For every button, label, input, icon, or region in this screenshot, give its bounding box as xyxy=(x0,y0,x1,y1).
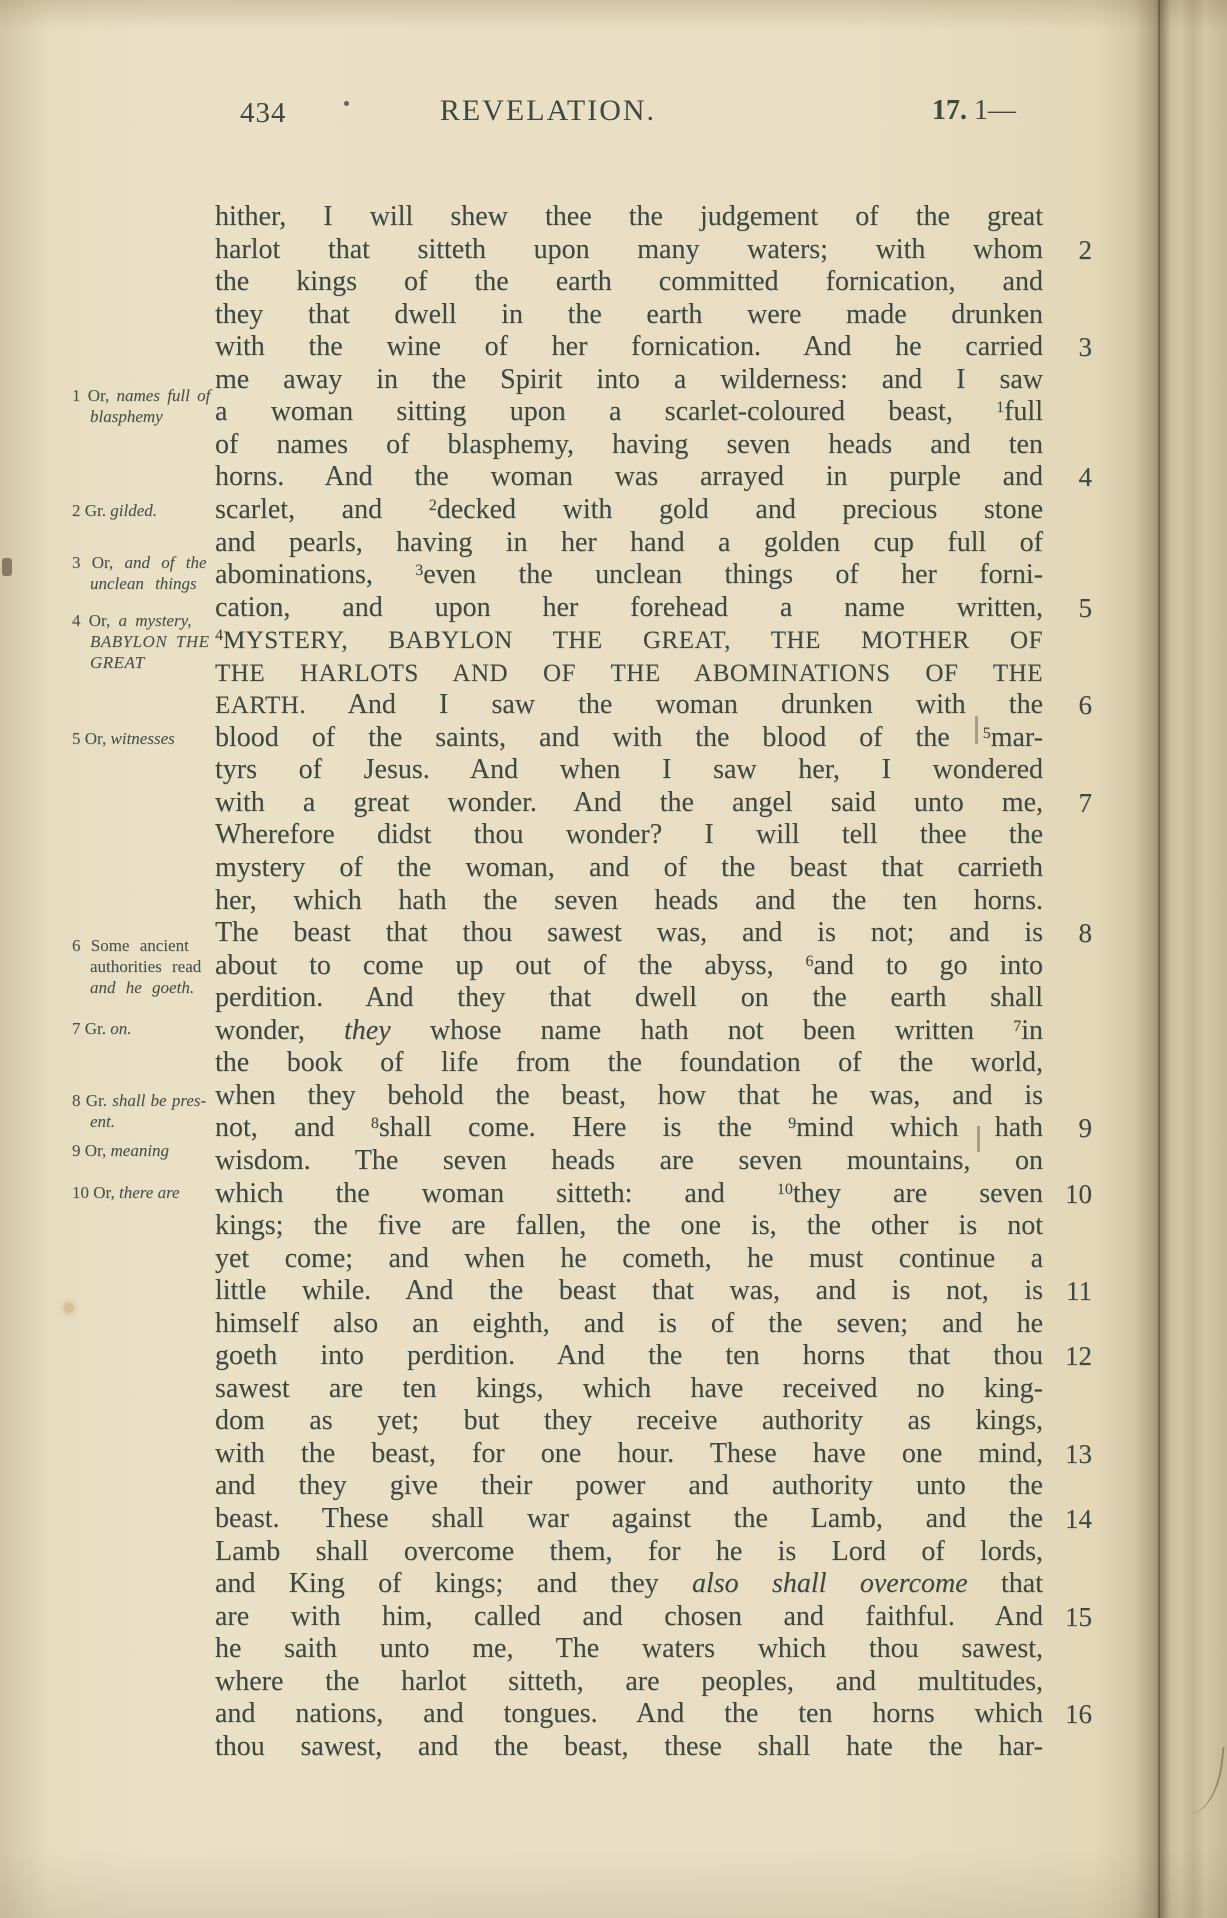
text-line: about to come up out of the abyss, 6and … xyxy=(215,950,1043,983)
verse-number: 6 xyxy=(1044,689,1092,721)
text-line: hither, I will shew thee the judgement o… xyxy=(215,201,1043,234)
scan-artifact-mark xyxy=(977,1126,980,1152)
text-line: with the wine of her fornication. And he… xyxy=(215,331,1043,364)
text-line: the kings of the earth committed fornica… xyxy=(215,266,1043,299)
text-line: and nations, and tongues. And the ten ho… xyxy=(215,1698,1043,1731)
chapter-verse-reference: 17. 1— xyxy=(932,95,1016,127)
verse-number: 14 xyxy=(1044,1503,1092,1535)
text-line: a woman sitting upon a scarlet-coloured … xyxy=(215,396,1043,429)
verse-number: 4 xyxy=(1044,461,1092,493)
verse-range: 1— xyxy=(967,95,1016,126)
note-reference-superscript: 1 xyxy=(996,399,1004,416)
text-line: horns. And the woman was arrayed in purp… xyxy=(215,461,1043,494)
margin-note: 5 Or, witnesses xyxy=(72,728,242,749)
text-line: me away in the Spirit into a wilderness:… xyxy=(215,364,1043,397)
text-line: THE HARLOTS AND OF THE ABOMINATIONS OF T… xyxy=(215,657,1043,690)
page-curl-line xyxy=(1181,1743,1224,1816)
note-reference-superscript: 9 xyxy=(788,1115,796,1132)
verse-number: 13 xyxy=(1044,1438,1092,1470)
note-reference-superscript: 8 xyxy=(371,1115,379,1132)
text-line: beast. These shall war against the Lamb,… xyxy=(215,1503,1043,1536)
verse-number: 2 xyxy=(1044,234,1092,266)
text-line: Wherefore didst thou wonder? I will tell… xyxy=(215,819,1043,852)
text-line: her, which hath the seven heads and the … xyxy=(215,885,1043,918)
page-fold-line xyxy=(1158,0,1160,1918)
margin-note: 9 Or, meaning xyxy=(72,1140,242,1161)
note-reference-superscript: 2 xyxy=(429,497,437,514)
note-reference-superscript: 10 xyxy=(777,1181,793,1198)
text-line: not, and 8shall come. Here is the 9mind … xyxy=(215,1112,1043,1145)
scan-artifact-mark xyxy=(975,716,978,744)
text-line: cation, and upon her forehead a name wri… xyxy=(215,592,1043,625)
text-line: and King of kings; and they also shall o… xyxy=(215,1568,1043,1601)
margin-note: 1 Or, names full ofblasphemy xyxy=(72,385,242,427)
margin-note: 3 Or, and of theunclean things xyxy=(72,552,242,594)
text-line: wisdom. The seven heads are seven mounta… xyxy=(215,1145,1043,1178)
text-line: Lamb shall overcome them, for he is Lord… xyxy=(215,1536,1043,1569)
verse-number: 5 xyxy=(1044,592,1092,624)
margin-note: 10 Or, there are xyxy=(72,1182,242,1203)
verse-number: 11 xyxy=(1044,1275,1092,1307)
margin-note: 2 Gr. gilded. xyxy=(72,500,242,521)
text-line: are with him, called and chosen and fait… xyxy=(215,1601,1043,1634)
text-line: he saith unto me, The waters which thou … xyxy=(215,1633,1043,1666)
margin-note: 8 Gr. shall be pres-ent. xyxy=(72,1090,242,1132)
text-line: where the harlot sitteth, are peoples, a… xyxy=(215,1666,1043,1699)
text-line: wonder, they whose name hath not been wr… xyxy=(215,1015,1043,1048)
text-line: which the woman sitteth: and 10they are … xyxy=(215,1178,1043,1211)
text-line: perdition. And they that dwell on the ea… xyxy=(215,982,1043,1015)
text-line: kings; the five are fallen, the one is, … xyxy=(215,1210,1043,1243)
text-line: of names of blasphemy, having seven head… xyxy=(215,429,1043,462)
text-line: abominations, 3even the unclean things o… xyxy=(215,559,1043,592)
text-line: and they give their power and authority … xyxy=(215,1470,1043,1503)
text-line: the book of life from the foundation of … xyxy=(215,1047,1043,1080)
text-line: with the beast, for one hour. These have… xyxy=(215,1438,1043,1471)
text-line: with a great wonder. And the angel said … xyxy=(215,787,1043,820)
verse-number: 12 xyxy=(1044,1340,1092,1372)
text-line: 4MYSTERY, BABYLON THE GREAT, THE MOTHER … xyxy=(215,624,1043,657)
verse-number: 7 xyxy=(1044,787,1092,819)
text-line: sawest are ten kings, which have receive… xyxy=(215,1373,1043,1406)
margin-note: 7 Gr. on. xyxy=(72,1018,242,1039)
text-line: EARTH. And I saw the woman drunken with … xyxy=(215,689,1043,722)
chapter-number: 17. xyxy=(932,95,967,126)
text-line: they that dwell in the earth were made d… xyxy=(215,299,1043,332)
text-line: harlot that sitteth upon many waters; wi… xyxy=(215,234,1043,267)
text-line: and pearls, having in her hand a golden … xyxy=(215,527,1043,560)
text-line: yet come; and when he cometh, he must co… xyxy=(215,1243,1043,1276)
verse-number: 8 xyxy=(1044,917,1092,949)
ink-dot xyxy=(344,101,349,106)
text-line: thou sawest, and the beast, these shall … xyxy=(215,1731,1043,1764)
verse-number: 15 xyxy=(1044,1601,1092,1633)
verse-number: 3 xyxy=(1044,331,1092,363)
text-line: mystery of the woman, and of the beast t… xyxy=(215,852,1043,885)
verse-number: 9 xyxy=(1044,1112,1092,1144)
page-edge-shadow xyxy=(1095,0,1227,1918)
margin-note: 4 Or, a mystery,BABYLON THEGREAT xyxy=(72,610,242,673)
text-line: The beast that thou sawest was, and is n… xyxy=(215,917,1043,950)
book-page: 434 REVELATION. 17. 1— hither, I will sh… xyxy=(0,0,1227,1918)
text-line: dom as yet; but they receive authority a… xyxy=(215,1405,1043,1438)
verse-number: 10 xyxy=(1044,1178,1092,1210)
text-line: when they behold the beast, how that he … xyxy=(215,1080,1043,1113)
ink-speck xyxy=(2,558,12,576)
text-line: tyrs of Jesus. And when I saw her, I won… xyxy=(215,754,1043,787)
text-line: himself also an eighth, and is of the se… xyxy=(215,1308,1043,1341)
foxing-spot xyxy=(64,1303,74,1313)
note-reference-superscript: 5 xyxy=(983,725,991,742)
text-line: blood of the saints, and with the blood … xyxy=(215,722,1043,755)
text-line: scarlet, and 2decked with gold and preci… xyxy=(215,494,1043,527)
text-line: little while. And the beast that was, an… xyxy=(215,1275,1043,1308)
margin-note: 6 Some ancientauthorities readand he goe… xyxy=(72,935,242,998)
text-line: goeth into perdition. And the ten horns … xyxy=(215,1340,1043,1373)
verse-number: 16 xyxy=(1044,1698,1092,1730)
